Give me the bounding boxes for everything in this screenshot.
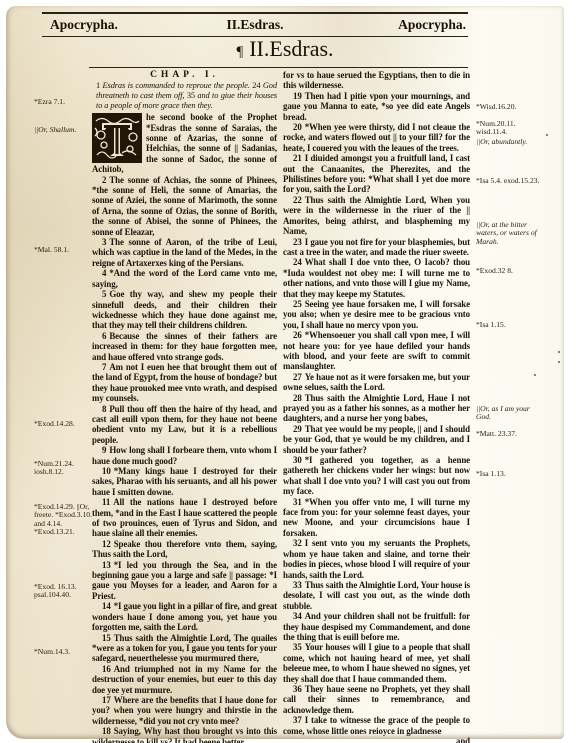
verse-2: 2The sonne of Achias, the sonne of Phine… bbox=[92, 175, 277, 237]
margin-note: *Isa 1.13. bbox=[476, 470, 546, 478]
running-head-left: Apocrypha. bbox=[50, 17, 118, 33]
verse-text: Your houses will I giue to a people that… bbox=[283, 642, 470, 683]
verse-number: 31 bbox=[293, 497, 302, 507]
verse-text: Pull thou off then the haire of thy head… bbox=[92, 404, 277, 445]
verse-number: 7 bbox=[102, 362, 106, 372]
paper-speck bbox=[546, 134, 548, 136]
verse-number: 4 bbox=[102, 268, 106, 278]
margin-note: *Isa 1.15. bbox=[476, 321, 546, 329]
scanned-page: Apocrypha. II.Esdras. Apocrypha. ¶II.Esd… bbox=[6, 6, 564, 739]
running-head: Apocrypha. II.Esdras. Apocrypha. bbox=[42, 12, 468, 37]
verse-number: 13 bbox=[102, 560, 111, 570]
verse-text: *Whensoeuer you shall call vpon mee, I w… bbox=[283, 330, 470, 371]
verse-31: 31*When you offer vnto me, I will turne … bbox=[283, 497, 470, 539]
verse-number: 36 bbox=[293, 684, 302, 694]
verse-number: 34 bbox=[293, 611, 302, 621]
verse-number: 25 bbox=[293, 299, 302, 309]
left-text-column: CHAP. I. 1 Esdras is commanded to reprou… bbox=[92, 70, 277, 743]
verse-number: 37 bbox=[293, 715, 302, 725]
verse-number: 28 bbox=[293, 393, 302, 403]
book-title: ¶II.Esdras. bbox=[6, 36, 564, 62]
verse-text: I take to witnesse the grace of the peop… bbox=[283, 715, 470, 735]
margin-note: *Wisd.16.20. bbox=[476, 103, 546, 111]
verse-19: 19Then had I pitie vpon your mournings, … bbox=[283, 91, 470, 122]
verse-text: *When yee were thirsty, did I not cleaue… bbox=[283, 122, 470, 153]
margin-note: *Isa 5.4. exod.15.23. bbox=[476, 177, 546, 185]
book-title-text: II.Esdras. bbox=[249, 36, 333, 61]
pilcrow-icon: ¶ bbox=[236, 44, 243, 60]
verse-4: 4*And the word of the Lord came vnto me,… bbox=[92, 268, 277, 289]
verse-number: 26 bbox=[293, 330, 302, 340]
verse-21: 21I diuided amongst you a fruitfull land… bbox=[283, 153, 470, 195]
verse-text: Thus saith the Almightie Lord, The quail… bbox=[92, 633, 277, 664]
verse-3: 3The sonne of Aaron, of the tribe of Leu… bbox=[92, 237, 277, 268]
verse-number: 22 bbox=[293, 195, 302, 205]
verse-number: 33 bbox=[293, 580, 302, 590]
verse-number: 18 bbox=[102, 726, 111, 736]
margin-note: *Exod.14.29. ||Or, freete. *Exod.3.10. a… bbox=[34, 503, 92, 537]
verse-number: 3 bbox=[102, 237, 106, 247]
verse-26: 26*Whensoeuer you shall call vpon mee, I… bbox=[283, 330, 470, 372]
verse-29: 29That yee would be my people, || and I … bbox=[283, 424, 470, 455]
verse-32: 32I sent vnto you my seruants the Prophe… bbox=[283, 538, 470, 580]
verse-18-continued: for vs to haue serued the Egyptians, the… bbox=[283, 70, 470, 91]
verse-text: I gaue you not fire for your blasphemies… bbox=[283, 237, 470, 257]
verse-33: 33Thus saith the Almightie Lord, Your ho… bbox=[283, 580, 470, 611]
verse-text: for vs to haue serued the Egyptians, the… bbox=[283, 70, 470, 90]
verse-number: 10 bbox=[102, 466, 111, 476]
running-head-right: Apocrypha. bbox=[398, 17, 466, 33]
verse-number: 8 bbox=[102, 404, 106, 414]
verse-36: 36They haue seene no Prophets, yet they … bbox=[283, 684, 470, 715]
chapter-summary: 1 Esdras is commanded to reproue the peo… bbox=[92, 81, 277, 110]
margin-note: *Exod.32 8. bbox=[476, 267, 546, 275]
margin-note: *Exod.14.28. bbox=[34, 420, 92, 428]
verse-text: All the nations haue I destroyed before … bbox=[92, 497, 277, 538]
verse-number: 9 bbox=[102, 445, 106, 455]
verse-text: Thus saith the Almightie Lord, When you … bbox=[283, 195, 470, 236]
verse-text: Then had I pitie vpon your mournings, an… bbox=[283, 91, 470, 122]
summary-text: Esdras is commanded to reproue the peopl… bbox=[103, 81, 253, 90]
margin-note: ||Or, as I am your God. bbox=[476, 405, 546, 422]
paper-speck bbox=[558, 361, 560, 363]
verse-text: *Many kings haue I destroyed for their s… bbox=[92, 466, 277, 497]
verse-number: 14 bbox=[102, 601, 111, 611]
verse-text: *I gathered you together, as a henne gat… bbox=[283, 455, 470, 496]
paper-speck bbox=[534, 374, 536, 376]
verse-number: 27 bbox=[293, 372, 302, 382]
verse-number: 21 bbox=[293, 153, 302, 163]
margin-note: *Exod. 16.13. psal.104.40. bbox=[34, 583, 92, 600]
verse-text: Ye haue not as it were forsaken me, but … bbox=[283, 372, 470, 392]
verse-text: Goe thy way, and shew my people their si… bbox=[92, 289, 277, 330]
verse-text: I diuided amongst you a fruitfull land, … bbox=[283, 153, 470, 194]
verse-37: 37I take to witnesse the grace of the pe… bbox=[283, 715, 470, 736]
chapter-heading: CHAP. I. bbox=[92, 70, 277, 80]
verse-14: 14*I gaue you light in a pillar of fire,… bbox=[92, 601, 277, 632]
verse-17: 17Where are the benefits that I haue don… bbox=[92, 695, 277, 726]
margin-note: ||Or, abundantly. bbox=[476, 138, 546, 146]
left-column-verses: he second booke of the Prophet *Esdras t… bbox=[92, 112, 277, 743]
verse-number: 23 bbox=[293, 237, 302, 247]
verse-text: Where are the benefits that I haue done … bbox=[92, 695, 277, 726]
verse-number: 32 bbox=[293, 538, 302, 548]
margin-note: *Num.21.24. iosh.8.12. bbox=[34, 460, 92, 477]
verse-6: 6Because the sinnes of their fathers are… bbox=[92, 331, 277, 362]
summary-ref: 35 bbox=[187, 91, 195, 100]
verse-25: 25Seeing yee haue forsaken me, I will fo… bbox=[283, 299, 470, 330]
verse-13: 13*I led you through the Sea, and in the… bbox=[92, 560, 277, 602]
verse-text: *I gaue you light in a pillar of fire, a… bbox=[92, 601, 277, 632]
margin-note: *Ezra 7.1. bbox=[34, 98, 92, 106]
verse-text: Seeing yee haue forsaken me, I will fors… bbox=[283, 299, 470, 330]
margin-note: ||Or, at the bitter waters, or waters of… bbox=[476, 221, 546, 246]
verse-30: 30*I gathered you together, as a henne g… bbox=[283, 455, 470, 497]
verse-20: 20*When yee were thirsty, did I not clea… bbox=[283, 122, 470, 153]
verse-12: 12Speake thou therefore vnto them, sayin… bbox=[92, 539, 277, 560]
verse-number: 30 bbox=[293, 455, 302, 465]
summary-ref: 1 bbox=[96, 81, 100, 90]
verse-number: 6 bbox=[102, 331, 106, 341]
verse-text: They haue seene no Prophets, yet they sh… bbox=[283, 684, 470, 715]
verse-number: 19 bbox=[293, 91, 302, 101]
verse-text: Because the sinnes of their fathers are … bbox=[92, 331, 277, 362]
verse-text: That yee would be my people, || and I sh… bbox=[283, 424, 470, 455]
verse-24: 24What shall I doe vnto thee, O Iacob? t… bbox=[283, 257, 470, 299]
margin-note: *Matt. 23.37. bbox=[476, 430, 546, 438]
verse-text: Saying, Why hast thou brought vs into th… bbox=[92, 726, 277, 743]
paper-speck bbox=[558, 351, 560, 353]
verse-10: 10*Many kings haue I destroyed for their… bbox=[92, 466, 277, 497]
verse-number: 35 bbox=[293, 642, 302, 652]
verse-number: 17 bbox=[102, 695, 111, 705]
verse-15: 15Thus saith the Almightie Lord, The qua… bbox=[92, 633, 277, 664]
verse-8: 8Pull thou off then the haire of thy hea… bbox=[92, 404, 277, 446]
title-rule bbox=[89, 67, 468, 68]
verse-9: 9How long shall I forbeare them, vnto wh… bbox=[92, 445, 277, 466]
verse-22: 22Thus saith the Almightie Lord, When yo… bbox=[283, 195, 470, 237]
catchword: and bbox=[283, 736, 470, 743]
verse-number: 11 bbox=[102, 497, 110, 507]
running-head-center: II.Esdras. bbox=[226, 17, 283, 33]
margin-note: *Mal. 58.1. bbox=[34, 246, 92, 254]
verse-number: 5 bbox=[102, 289, 106, 299]
margin-note: ||Or, Shallum. bbox=[34, 126, 92, 134]
margin-note: *Num.20.11. wisd.11.4. bbox=[476, 120, 546, 137]
right-text-column: for vs to haue serued the Egyptians, the… bbox=[283, 70, 470, 743]
verse-18: 18Saying, Why hast thou brought vs into … bbox=[92, 726, 277, 743]
verse-23: 23I gaue you not fire for your blasphemi… bbox=[283, 237, 470, 258]
verse-text: Thus saith the Almightie Lord, Your hous… bbox=[283, 580, 470, 611]
verse-27: 27Ye haue not as it were forsaken me, bu… bbox=[283, 372, 470, 393]
verse-text: I sent vnto you my seruants the Prophets… bbox=[283, 538, 470, 579]
verse-number: 2 bbox=[102, 175, 106, 185]
verse-text: *I led you through the Sea, and in the b… bbox=[92, 560, 277, 601]
verse-text: Thus saith the Almightie Lord, Haue I no… bbox=[283, 393, 470, 424]
verse-text: *When you offer vnto me, I will turne my… bbox=[283, 497, 470, 538]
verse-number: 15 bbox=[102, 633, 111, 643]
verse-text: The sonne of Achias, the sonne of Phinee… bbox=[92, 175, 277, 237]
verse-5: 5Goe thy way, and shew my people their s… bbox=[92, 289, 277, 331]
verse-number: 24 bbox=[293, 257, 302, 267]
decorated-drop-cap-icon bbox=[92, 113, 142, 163]
verse-11: 11All the nations haue I destroyed befor… bbox=[92, 497, 277, 539]
verse-number: 12 bbox=[102, 539, 111, 549]
verse-number: 16 bbox=[102, 664, 111, 674]
verse-34: 34And your children shall not be fruitfu… bbox=[283, 611, 470, 642]
verse-16: 16And triumphed not in my Name for the d… bbox=[92, 664, 277, 695]
verse-text: How long shall I forbeare them, vnto who… bbox=[92, 445, 277, 465]
verse-text: And triumphed not in my Name for the des… bbox=[92, 664, 277, 695]
verse-28: 28Thus saith the Almightie Lord, Haue I … bbox=[283, 393, 470, 424]
verse-text: Speake thou therefore vnto them, saying,… bbox=[92, 539, 277, 559]
verse-number: 20 bbox=[293, 122, 302, 132]
verse-7: 7Am not I euen hee that brought them out… bbox=[92, 362, 277, 404]
verse-text: What shall I doe vnto thee, O Iacob? tho… bbox=[283, 257, 470, 298]
margin-note: *Num.14.3. bbox=[34, 648, 92, 656]
verse-35: 35Your houses will I giue to a people th… bbox=[283, 642, 470, 684]
verse-number: 29 bbox=[293, 424, 302, 434]
verse-text: Am not I euen hee that brought them out … bbox=[92, 362, 277, 403]
verse-text: And your children shall not be fruitfull… bbox=[283, 611, 470, 642]
verse-text: The sonne of Aaron, of the tribe of Leui… bbox=[92, 237, 277, 268]
verse-text: *And the word of the Lord came vnto me, … bbox=[92, 268, 277, 288]
